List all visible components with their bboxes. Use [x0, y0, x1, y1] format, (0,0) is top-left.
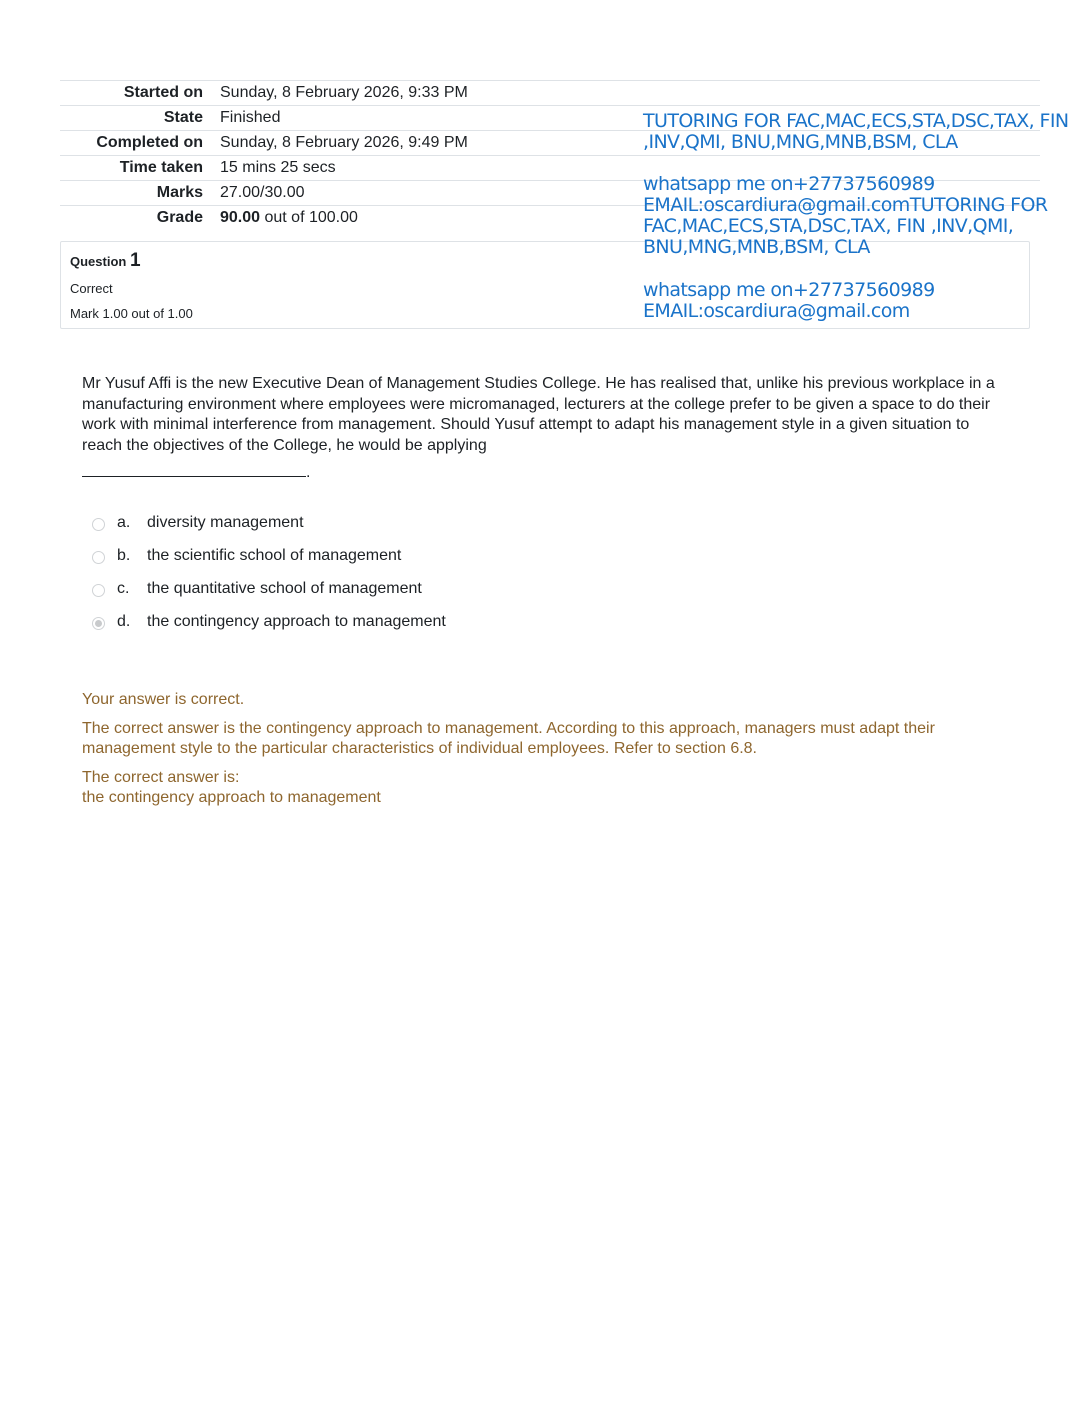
- answer-text: the contingency approach to management: [147, 613, 446, 631]
- answer-text: the scientific school of management: [147, 547, 401, 565]
- radio-icon[interactable]: [92, 518, 105, 531]
- watermark-text: TUTORING FOR FAC,MAC,ECS,STA,DSC,TAX, FI…: [643, 111, 1068, 153]
- watermark-text: whatsapp me on+27737560989 EMAIL:oscardi…: [643, 280, 935, 322]
- correct-answer-value: the contingency approach to management: [82, 788, 1022, 809]
- watermark-text: whatsapp me on+27737560989 EMAIL:oscardi…: [643, 174, 1047, 258]
- summary-label: Marks: [60, 184, 220, 202]
- radio-checked-icon[interactable]: [92, 617, 105, 630]
- answer-option-a[interactable]: a. diversity management: [90, 506, 446, 539]
- summary-label: Started on: [60, 84, 220, 102]
- question-number-value: 1: [130, 250, 141, 271]
- grade-out-of: out of 100.00: [260, 209, 358, 226]
- summary-label: Completed on: [60, 134, 220, 152]
- feedback-result: Your answer is correct.: [82, 690, 1022, 711]
- feedback-explanation: The correct answer is the contingency ap…: [82, 719, 1022, 760]
- question-label: Question: [70, 254, 126, 269]
- blank-suffix: .: [306, 464, 310, 481]
- question-text: Mr Yusuf Affi is the new Executive Dean …: [82, 374, 1002, 484]
- summary-label: State: [60, 109, 220, 127]
- answer-options: a. diversity management b. the scientifi…: [90, 506, 446, 638]
- answer-text: the quantitative school of management: [147, 580, 422, 598]
- question-number: Question 1: [70, 250, 141, 272]
- summary-label: Time taken: [60, 159, 220, 177]
- question-state: Correct: [70, 281, 113, 296]
- grade-score: 90.00: [220, 209, 260, 226]
- answer-option-b[interactable]: b. the scientific school of management: [90, 539, 446, 572]
- answer-letter: b.: [117, 547, 147, 565]
- answer-blank: [82, 458, 306, 477]
- answer-option-c[interactable]: c. the quantitative school of management: [90, 572, 446, 605]
- question-stem: Mr Yusuf Affi is the new Executive Dean …: [82, 375, 995, 454]
- answer-letter: a.: [117, 514, 147, 532]
- correct-answer-label: The correct answer is:: [82, 768, 1022, 789]
- answer-letter: c.: [117, 580, 147, 598]
- summary-row-started-on: Started on Sunday, 8 February 2026, 9:33…: [60, 80, 1040, 105]
- answer-text: diversity management: [147, 514, 304, 532]
- answer-option-d[interactable]: d. the contingency approach to managemen…: [90, 605, 446, 638]
- question-mark: Mark 1.00 out of 1.00: [70, 306, 193, 321]
- summary-value: Sunday, 8 February 2026, 9:33 PM: [220, 84, 1040, 102]
- radio-icon[interactable]: [92, 551, 105, 564]
- radio-icon[interactable]: [92, 584, 105, 597]
- feedback-panel: Your answer is correct. The correct answ…: [82, 690, 1022, 809]
- summary-label: Grade: [60, 209, 220, 227]
- answer-letter: d.: [117, 613, 147, 631]
